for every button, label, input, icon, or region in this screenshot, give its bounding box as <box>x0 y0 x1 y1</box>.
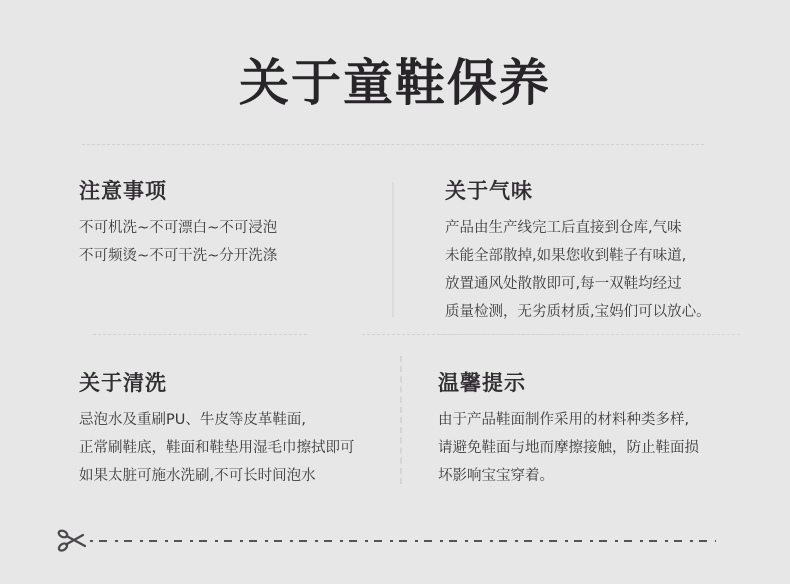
section-line: 不可频烫~不可干洗~分开洗涤 <box>79 242 277 270</box>
section-line: 正常刷鞋底，鞋面和鞋垫用湿毛巾擦拭即可 <box>79 434 355 462</box>
section-line: 产品由生产线完工后直接到仓库,气味 <box>445 214 711 242</box>
section-odor: 关于气味 产品由生产线完工后直接到仓库,气味 未能全部散掉,如果您收到鞋子有味道… <box>445 176 711 326</box>
section-line: 未能全部散掉,如果您收到鞋子有味道, <box>445 242 711 270</box>
section-line: 请避免鞋面与地而摩擦接触，防止鞋面损 <box>438 434 699 462</box>
section-notice: 注意事项 不可机洗~不可漂白~不可浸泡 不可频烫~不可干洗~分开洗涤 <box>79 176 277 270</box>
section-line: 由于产品鞋面制作采用的材料种类多样, <box>438 406 699 434</box>
top-divider <box>82 144 704 145</box>
section-title-tips: 温馨提示 <box>438 368 699 398</box>
section-line: 忌泡水及重刷PU、牛皮等皮革鞋面, <box>79 406 355 434</box>
middle-divider-right-2 <box>440 334 740 335</box>
column-divider-top <box>392 182 394 317</box>
section-title-odor: 关于气味 <box>445 176 711 206</box>
section-title-notice: 注意事项 <box>79 176 277 206</box>
section-title-cleaning: 关于清洗 <box>79 368 355 398</box>
section-line: 如果太脏可施水洗刷,不可长时间泡水 <box>79 462 355 490</box>
section-line: 质量检测，无劣质材质,宝妈们可以放心。 <box>445 298 711 326</box>
section-tips: 温馨提示 由于产品鞋面制作采用的材料种类多样, 请避免鞋面与地而摩擦接触，防止鞋… <box>438 368 699 490</box>
section-line: 不可机洗~不可漂白~不可浸泡 <box>79 214 277 242</box>
middle-divider-left <box>93 334 307 335</box>
page-title: 关于童鞋保养 <box>0 48 790 118</box>
column-divider-bottom <box>400 356 402 484</box>
cut-line <box>56 528 716 554</box>
section-line: 放置通风处散散即可,每一双鞋均经过 <box>445 270 711 298</box>
cut-dashed-line <box>90 540 716 542</box>
section-line: 坏影响宝宝穿着。 <box>438 462 699 490</box>
scissors-icon <box>56 528 88 554</box>
section-cleaning: 关于清洗 忌泡水及重刷PU、牛皮等皮革鞋面, 正常刷鞋底，鞋面和鞋垫用湿毛巾擦拭… <box>79 368 355 490</box>
